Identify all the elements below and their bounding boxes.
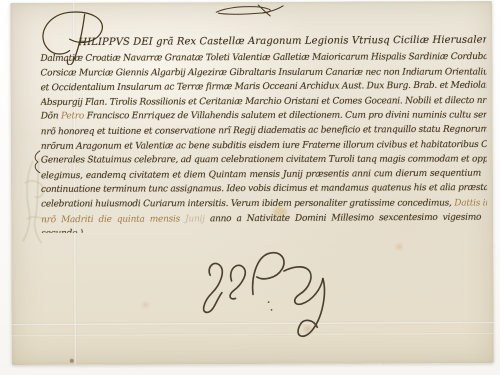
manuscript-segment: Dattis in oppido bbox=[454, 198, 487, 208]
manuscript-segment: continuatione terminum tunc assignamus. … bbox=[41, 183, 487, 195]
manuscript-line: nrõ Madriti die quinta mensis Junij anno… bbox=[41, 210, 481, 227]
manuscript-segment: celebrationi huiusmodi Curiarum intersit… bbox=[41, 198, 454, 209]
manuscript-segment: Petro bbox=[61, 112, 84, 122]
manuscript-line: nrõrum Aragonum et Valentiæ ac bene subd… bbox=[41, 138, 481, 155]
manuscript-text: HILIPPVS DEI grã Rex Castellæ Aragonum L… bbox=[40, 31, 487, 233]
manuscript-line: HILIPPVS DEI grã Rex Castellæ Aragonum L… bbox=[40, 31, 480, 52]
manuscript-segment: nrõrum Aragonum et Valentiæ ac bene subd… bbox=[41, 139, 487, 151]
manuscript-segment: Francisco Enrriquez de Villahendis salut… bbox=[84, 111, 487, 122]
manuscript-segment: nrõ honoreq et tuitione et conservatione… bbox=[41, 125, 487, 138]
manuscript-segment: Generales Statuimus celebrare, ad quam c… bbox=[41, 155, 487, 166]
paper-sheet: HILIPPVS DEI grã Rex Castellæ Aragonum L… bbox=[10, 1, 494, 365]
ink-stain bbox=[396, 244, 402, 249]
ink-stain bbox=[143, 302, 149, 307]
manuscript-segment: Abspurgij Flan. Tirolis Rossilionis et C… bbox=[41, 96, 488, 108]
manuscript-segment: nrõ Madriti die quinta mensis bbox=[41, 214, 185, 225]
royal-signature bbox=[195, 242, 347, 345]
manuscript-line: et Occidentalium Insularum ac Terræ firm… bbox=[41, 79, 481, 96]
manuscript-segment: elegimus, eandemq civitatem et diem Quin… bbox=[41, 168, 481, 181]
manuscript-line: continuatione terminum tunc assignamus. … bbox=[41, 181, 481, 198]
manuscript-segment: et Occidentalium Insularum ac Terræ firm… bbox=[41, 81, 488, 94]
manuscript-line: nrõ honoreq et tuitione et conservatione… bbox=[41, 123, 481, 140]
manuscript-segment: HILIPPVS DEI grã Rex Castellæ Aragonum L… bbox=[78, 34, 487, 48]
manuscript-segment: Junij bbox=[185, 214, 210, 224]
manuscript-line: celebrationi huiusmodi Curiarum intersit… bbox=[41, 196, 481, 212]
margin-brace-mark bbox=[31, 149, 43, 175]
manuscript-segment: Corsicæ Murciæ Giennis Algarbij Algeziræ… bbox=[41, 67, 488, 78]
manuscript-line: Dalmatiæ Croatiæ Navarræ Granatæ Toleti … bbox=[40, 50, 480, 67]
top-flourish-mark bbox=[212, 3, 286, 17]
manuscript-segment: anno a Nativitate Domini Millesimo sexce… bbox=[210, 212, 481, 224]
manuscript-segment: Dõn bbox=[41, 112, 61, 122]
manuscript-segment: Dalmatiæ Croatiæ Navarræ Granatæ Toleti … bbox=[40, 52, 487, 64]
manuscript-line: elegimus, eandemq civitatem et diem Quin… bbox=[41, 166, 481, 183]
ink-speck bbox=[70, 359, 74, 363]
manuscript-segment: secundo.) bbox=[41, 229, 83, 233]
manuscript-line: Generales Statuimus celebrare, ad quam c… bbox=[41, 153, 481, 169]
photograph-backdrop: HILIPPVS DEI grã Rex Castellæ Aragonum L… bbox=[0, 0, 500, 375]
